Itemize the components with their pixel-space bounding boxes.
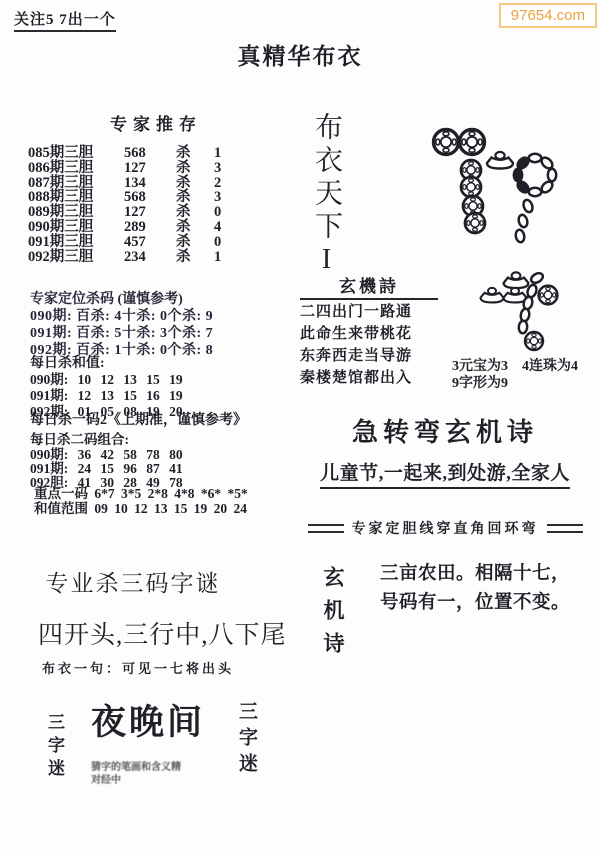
kill-cell: 2 <box>214 176 234 191</box>
ingots-and-beads-figure <box>452 266 597 358</box>
numbers-cell: 289 <box>124 220 176 235</box>
expert-recommend-section: 专家推存 085期三胆568杀1 086期三胆127杀3 087期三胆134杀2… <box>28 110 284 264</box>
ingot-icon <box>504 272 529 288</box>
position-kill-row: 090期: 百杀: 4十杀: 0个杀: 9 <box>30 308 290 325</box>
kill-label-cell: 杀 <box>176 220 214 235</box>
table-row: 092期三胆234杀1 <box>28 250 284 265</box>
xuanji-poem-line: 此命生来带桃花 <box>300 324 438 344</box>
daily-two-combo-header: 每日杀二码组合: <box>30 428 290 448</box>
period-cell: 088期三胆 <box>28 190 124 205</box>
xuanji-bottom-section: 玄机诗 三亩农田。相隔十七， 号码有一，位置不变。 <box>318 552 570 665</box>
table-row: 089期三胆127杀0 <box>28 205 284 220</box>
xuanji-poem-line: 秦楼楚馆都出入 <box>300 368 438 388</box>
bead-icon <box>515 229 525 243</box>
xuanji-bottom-label: 玄机诗 <box>318 566 348 665</box>
bead-icon <box>529 188 542 196</box>
kill-three-riddle: 四开头,三行中,八下尾 <box>38 615 287 651</box>
xuanji-bottom-line: 号码有一，位置不变。 <box>380 589 570 618</box>
riddle-center: 夜晚间 猜字的笔画和含义精 对经中 <box>91 695 207 787</box>
table-row: 086期三胆127杀3 <box>28 161 284 176</box>
daily-two-combo-row: 091期: 24 15 96 87 41 <box>30 462 290 476</box>
position-kill-row: 091期: 百杀: 5十杀: 3个杀: 7 <box>30 325 290 342</box>
figure-legend-line: 9字形为9 <box>452 375 592 392</box>
table-row: 090期三胆289杀4 <box>28 220 284 235</box>
ingot-icon <box>487 152 513 169</box>
period-cell: 086期三胆 <box>28 161 124 176</box>
bead-icon <box>518 320 527 333</box>
xuanji-bottom-text: 三亩农田。相隔十七， 号码有一，位置不变。 <box>380 560 570 618</box>
xuanji-poem-line: 二四出门一路通 <box>300 302 438 322</box>
daily-kill-one-line: 每日杀一码2《上期准，谨慎参考》 <box>30 409 247 429</box>
top-note: 关注5 7出一个 <box>14 8 116 32</box>
riddle-note-line: 对经中 <box>91 774 207 787</box>
site-badge[interactable]: 97654.com <box>499 3 597 28</box>
riddle-note-line: 猜字的笔画和含义精 <box>91 761 207 774</box>
xuanji-bottom-line: 三亩农田。相隔十七， <box>380 560 570 589</box>
kill-cell: 0 <box>214 235 234 250</box>
numbers-cell: 568 <box>124 146 176 161</box>
kill-cell: 1 <box>214 250 234 265</box>
bead-icon <box>529 154 542 162</box>
numbers-cell: 134 <box>124 176 176 191</box>
buyi-sentence: 布衣一句：可见一七将出头 <box>42 658 234 677</box>
daily-two-combo-row: 090期: 36 42 58 78 80 <box>30 448 290 462</box>
kill-cell: 4 <box>214 220 234 235</box>
period-cell: 092期三胆 <box>28 250 124 265</box>
kill-label-cell: 杀 <box>176 235 214 250</box>
double-line-decoration <box>308 524 344 533</box>
coin-icon <box>434 130 459 155</box>
kill-label-cell: 杀 <box>176 205 214 220</box>
coin-icon <box>460 130 485 155</box>
period-cell: 089期三胆 <box>28 205 124 220</box>
daily-kill-sum-header: 每日杀和值: <box>30 352 290 372</box>
position-kill-header: 专家定位杀码 (谨慎参考) <box>30 288 290 308</box>
riddle-answer: 夜晚间 <box>91 695 207 745</box>
coins-and-beads-figure-79 <box>420 120 580 268</box>
riddle-side-label-right: 三字迷 <box>233 701 260 779</box>
sharp-turn-title: 急转弯玄机诗 <box>300 412 590 449</box>
daily-kill-sum-row: 090期: 10 12 13 15 19 <box>30 372 290 388</box>
coin-icon <box>525 332 543 350</box>
bead-icon <box>540 156 555 171</box>
page-title: 真精华布衣 <box>0 38 600 71</box>
kill-cell: 3 <box>214 161 234 176</box>
bead-icon <box>514 169 522 182</box>
bead-icon <box>529 271 544 285</box>
coin-icon <box>461 177 481 197</box>
table-row: 091期三胆457杀0 <box>28 235 284 250</box>
divider-text: 专家定胆线穿直角回环弯 <box>352 518 539 538</box>
numbers-cell: 568 <box>124 190 176 205</box>
figure-legend-line: 3元宝为3 4连珠为4 <box>452 358 592 375</box>
riddle-note: 猜字的笔画和含义精 对经中 <box>91 761 207 787</box>
daily-kill-sum-row: 091期: 12 13 15 16 19 <box>30 388 290 404</box>
figure-legend: 3元宝为3 4连珠为4 9字形为9 <box>452 358 592 392</box>
kill-cell: 3 <box>214 190 234 205</box>
riddle-side-label-left: 三字迷 <box>42 713 67 782</box>
coin-icon <box>539 286 558 305</box>
sharp-turn-line: 儿童节,一起来,到处游,全家人 <box>320 458 570 489</box>
kill-three-title: 专业杀三码字谜 <box>28 565 238 598</box>
period-cell: 090期三胆 <box>28 220 124 235</box>
period-cell: 085期三胆 <box>28 146 124 161</box>
sharp-turn-line-wrap: 儿童节,一起来,到处游,全家人 <box>300 458 590 489</box>
coin-icon <box>465 213 485 233</box>
bead-icon <box>548 169 556 182</box>
numbers-cell: 457 <box>124 235 176 250</box>
daily-two-combo-section: 每日杀二码组合: 090期: 36 42 58 78 80 091期: 24 1… <box>30 428 290 489</box>
numbers-cell: 234 <box>124 250 176 265</box>
kill-label-cell: 杀 <box>176 146 214 161</box>
sum-range-line: 和值范围 09 10 12 13 15 19 20 24 <box>34 497 247 517</box>
xuanji-poem-header: 玄機詩 <box>300 272 438 300</box>
expert-recommend-header: 专家推存 <box>28 110 284 135</box>
period-cell: 091期三胆 <box>28 235 124 250</box>
bead-icon <box>522 199 534 214</box>
xuanji-poem-line: 东奔西走当导游 <box>300 346 438 366</box>
kill-cell: 1 <box>214 146 234 161</box>
double-line-decoration <box>547 524 583 533</box>
three-char-riddle-section: 三字迷 夜晚间 猜字的笔画和含义精 对经中 三字迷 <box>30 695 260 787</box>
lottery-tip-sheet: 关注5 7出一个 97654.com 真精华布衣 专家推存 085期三胆568杀… <box>0 0 600 852</box>
table-row: 088期三胆568杀3 <box>28 190 284 205</box>
bead-icon <box>517 214 528 228</box>
kill-label-cell: 杀 <box>176 190 214 205</box>
buyi-tianxia-label: 布衣天下I <box>306 112 346 280</box>
kill-label-cell: 杀 <box>176 250 214 265</box>
kill-cell: 0 <box>214 205 234 220</box>
table-row: 085期三胆568杀1 <box>28 146 284 161</box>
ingot-icon <box>481 288 504 303</box>
xuanji-poem-section: 玄機詩 二四出门一路通 此命生来带桃花 东奔西走当导游 秦楼楚馆都出入 <box>300 272 438 388</box>
kill-label-cell: 杀 <box>176 161 214 176</box>
expert-dan-divider: 专家定胆线穿直角回环弯 <box>300 518 590 538</box>
numbers-cell: 127 <box>124 161 176 176</box>
numbers-cell: 127 <box>124 205 176 220</box>
ingot-icon <box>504 288 527 303</box>
position-kill-section: 专家定位杀码 (谨慎参考) 090期: 百杀: 4十杀: 0个杀: 9 091期… <box>30 288 290 359</box>
